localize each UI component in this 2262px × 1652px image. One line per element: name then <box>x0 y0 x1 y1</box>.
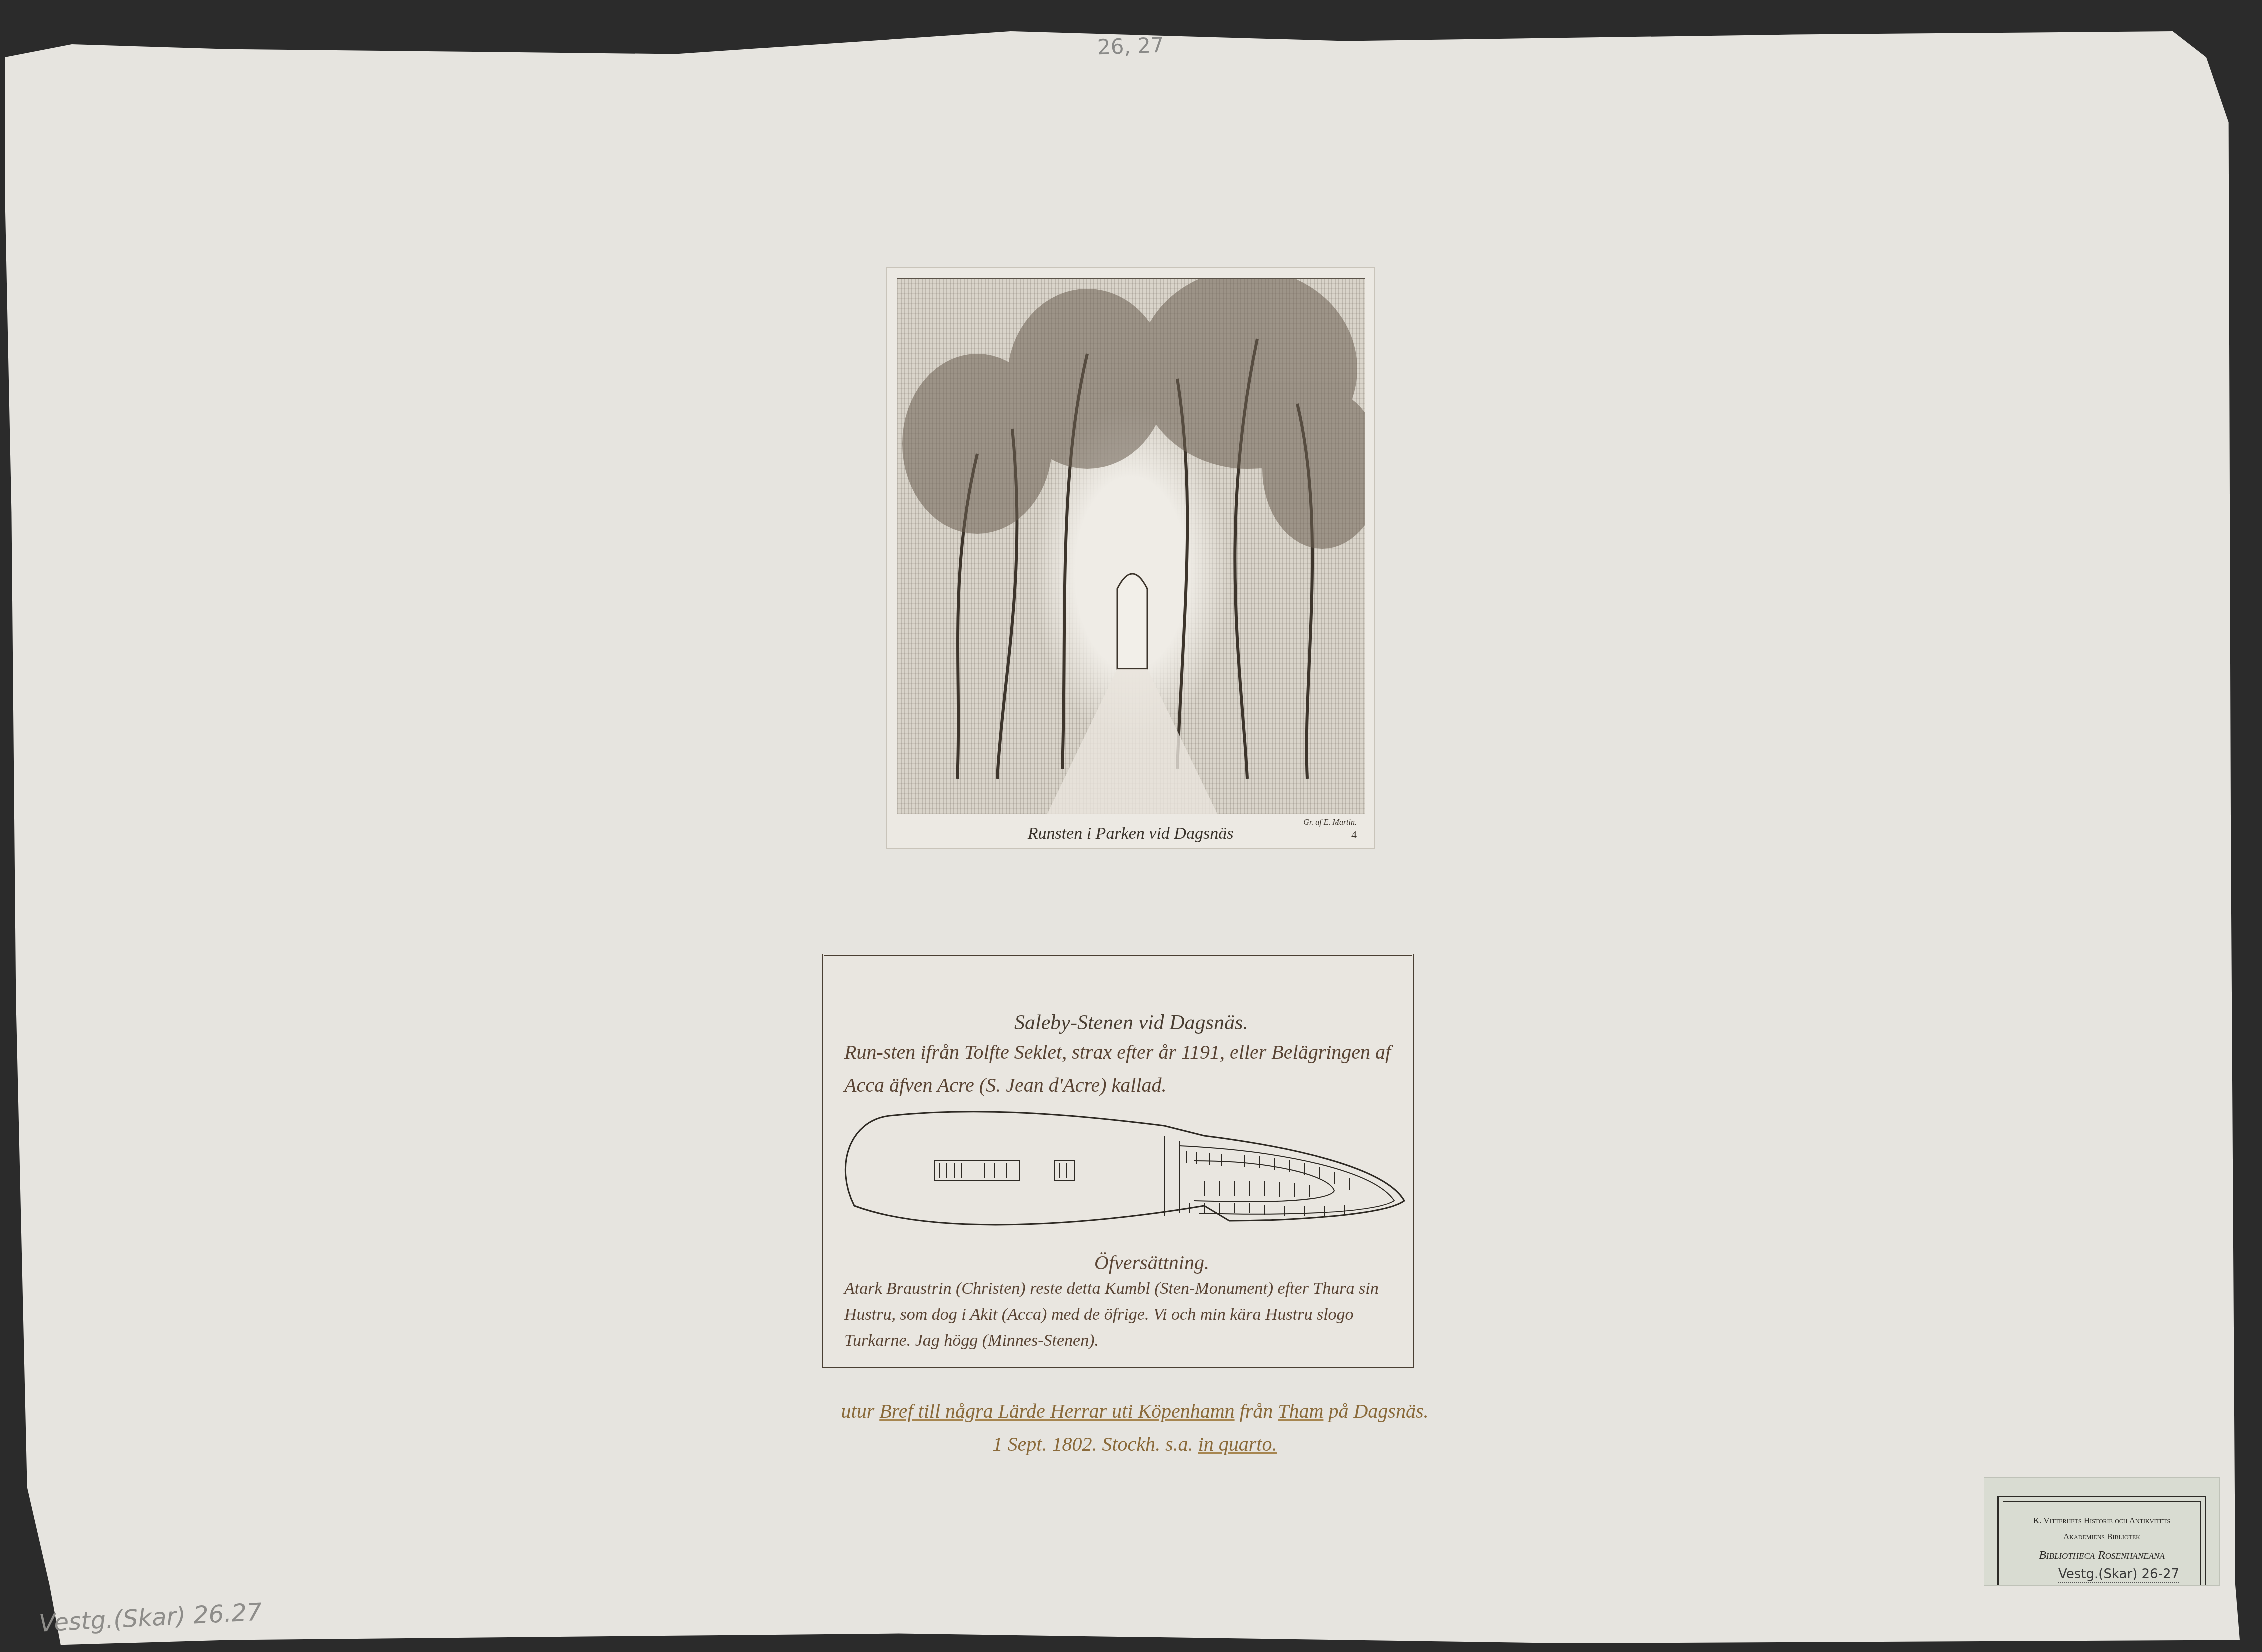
translation-text: Atark Braustrin (Christen) reste detta K… <box>844 1276 1404 1354</box>
source-citation: utur Bref till några Lärde Herrar uti Kö… <box>810 1395 1460 1461</box>
library-label: K. Vitterhets Historie och Antikvitets A… <box>1984 1477 2220 1586</box>
citation-author: Tham <box>1278 1400 1323 1422</box>
citation-place: på Dagsnäs. <box>1328 1400 1428 1422</box>
engraving-plate: Gr. af E. Martin. Runsten i Parken vid D… <box>886 267 1375 849</box>
citation-line-2: 1 Sept. 1802. Stockh. s.a. in quarto. <box>810 1428 1460 1461</box>
label-collection: Bibliotheca Rosenhaneana <box>2003 1549 2200 1562</box>
runestone-drawing <box>834 1106 1409 1231</box>
plate-number: 4 <box>1351 828 1357 841</box>
citation-date: 1 Sept. 1802. Stockh. s.a. <box>993 1433 1193 1455</box>
translation-title: Öfversättning. <box>1094 1251 1209 1274</box>
runestone-description: Run-sten ifrån Tolfte Seklet, strax efte… <box>844 1036 1394 1102</box>
forest-engraving-image <box>897 278 1365 814</box>
label-institution: K. Vitterhets Historie och Antikvitets <box>2003 1516 2200 1526</box>
pencil-number-top: 26, 27 <box>1097 33 1164 60</box>
citation-from: från <box>1240 1400 1273 1422</box>
label-library: Akademiens Bibliotek <box>2003 1532 2200 1542</box>
label-inner-border: K. Vitterhets Historie och Antikvitets A… <box>2003 1501 2201 1585</box>
tree-illustration <box>897 279 1365 814</box>
runestone-title: Saleby-Stenen vid Dagsnäs. <box>1014 1011 1248 1035</box>
citation-format: in quarto. <box>1198 1433 1277 1455</box>
label-border: K. Vitterhets Historie och Antikvitets A… <box>1997 1496 2206 1585</box>
citation-prefix: utur <box>841 1400 875 1422</box>
engraving-caption: Runsten i Parken vid Dagsnäs <box>887 824 1374 843</box>
label-shelfmark: Vestg.(Skar) 26-27 <box>2058 1567 2179 1583</box>
citation-line-1: utur Bref till några Lärde Herrar uti Kö… <box>810 1395 1460 1428</box>
citation-title: Bref till några Lärde Herrar uti Köpenha… <box>879 1400 1234 1422</box>
runestone-panel: Saleby-Stenen vid Dagsnäs. Run-sten ifrå… <box>822 954 1414 1368</box>
